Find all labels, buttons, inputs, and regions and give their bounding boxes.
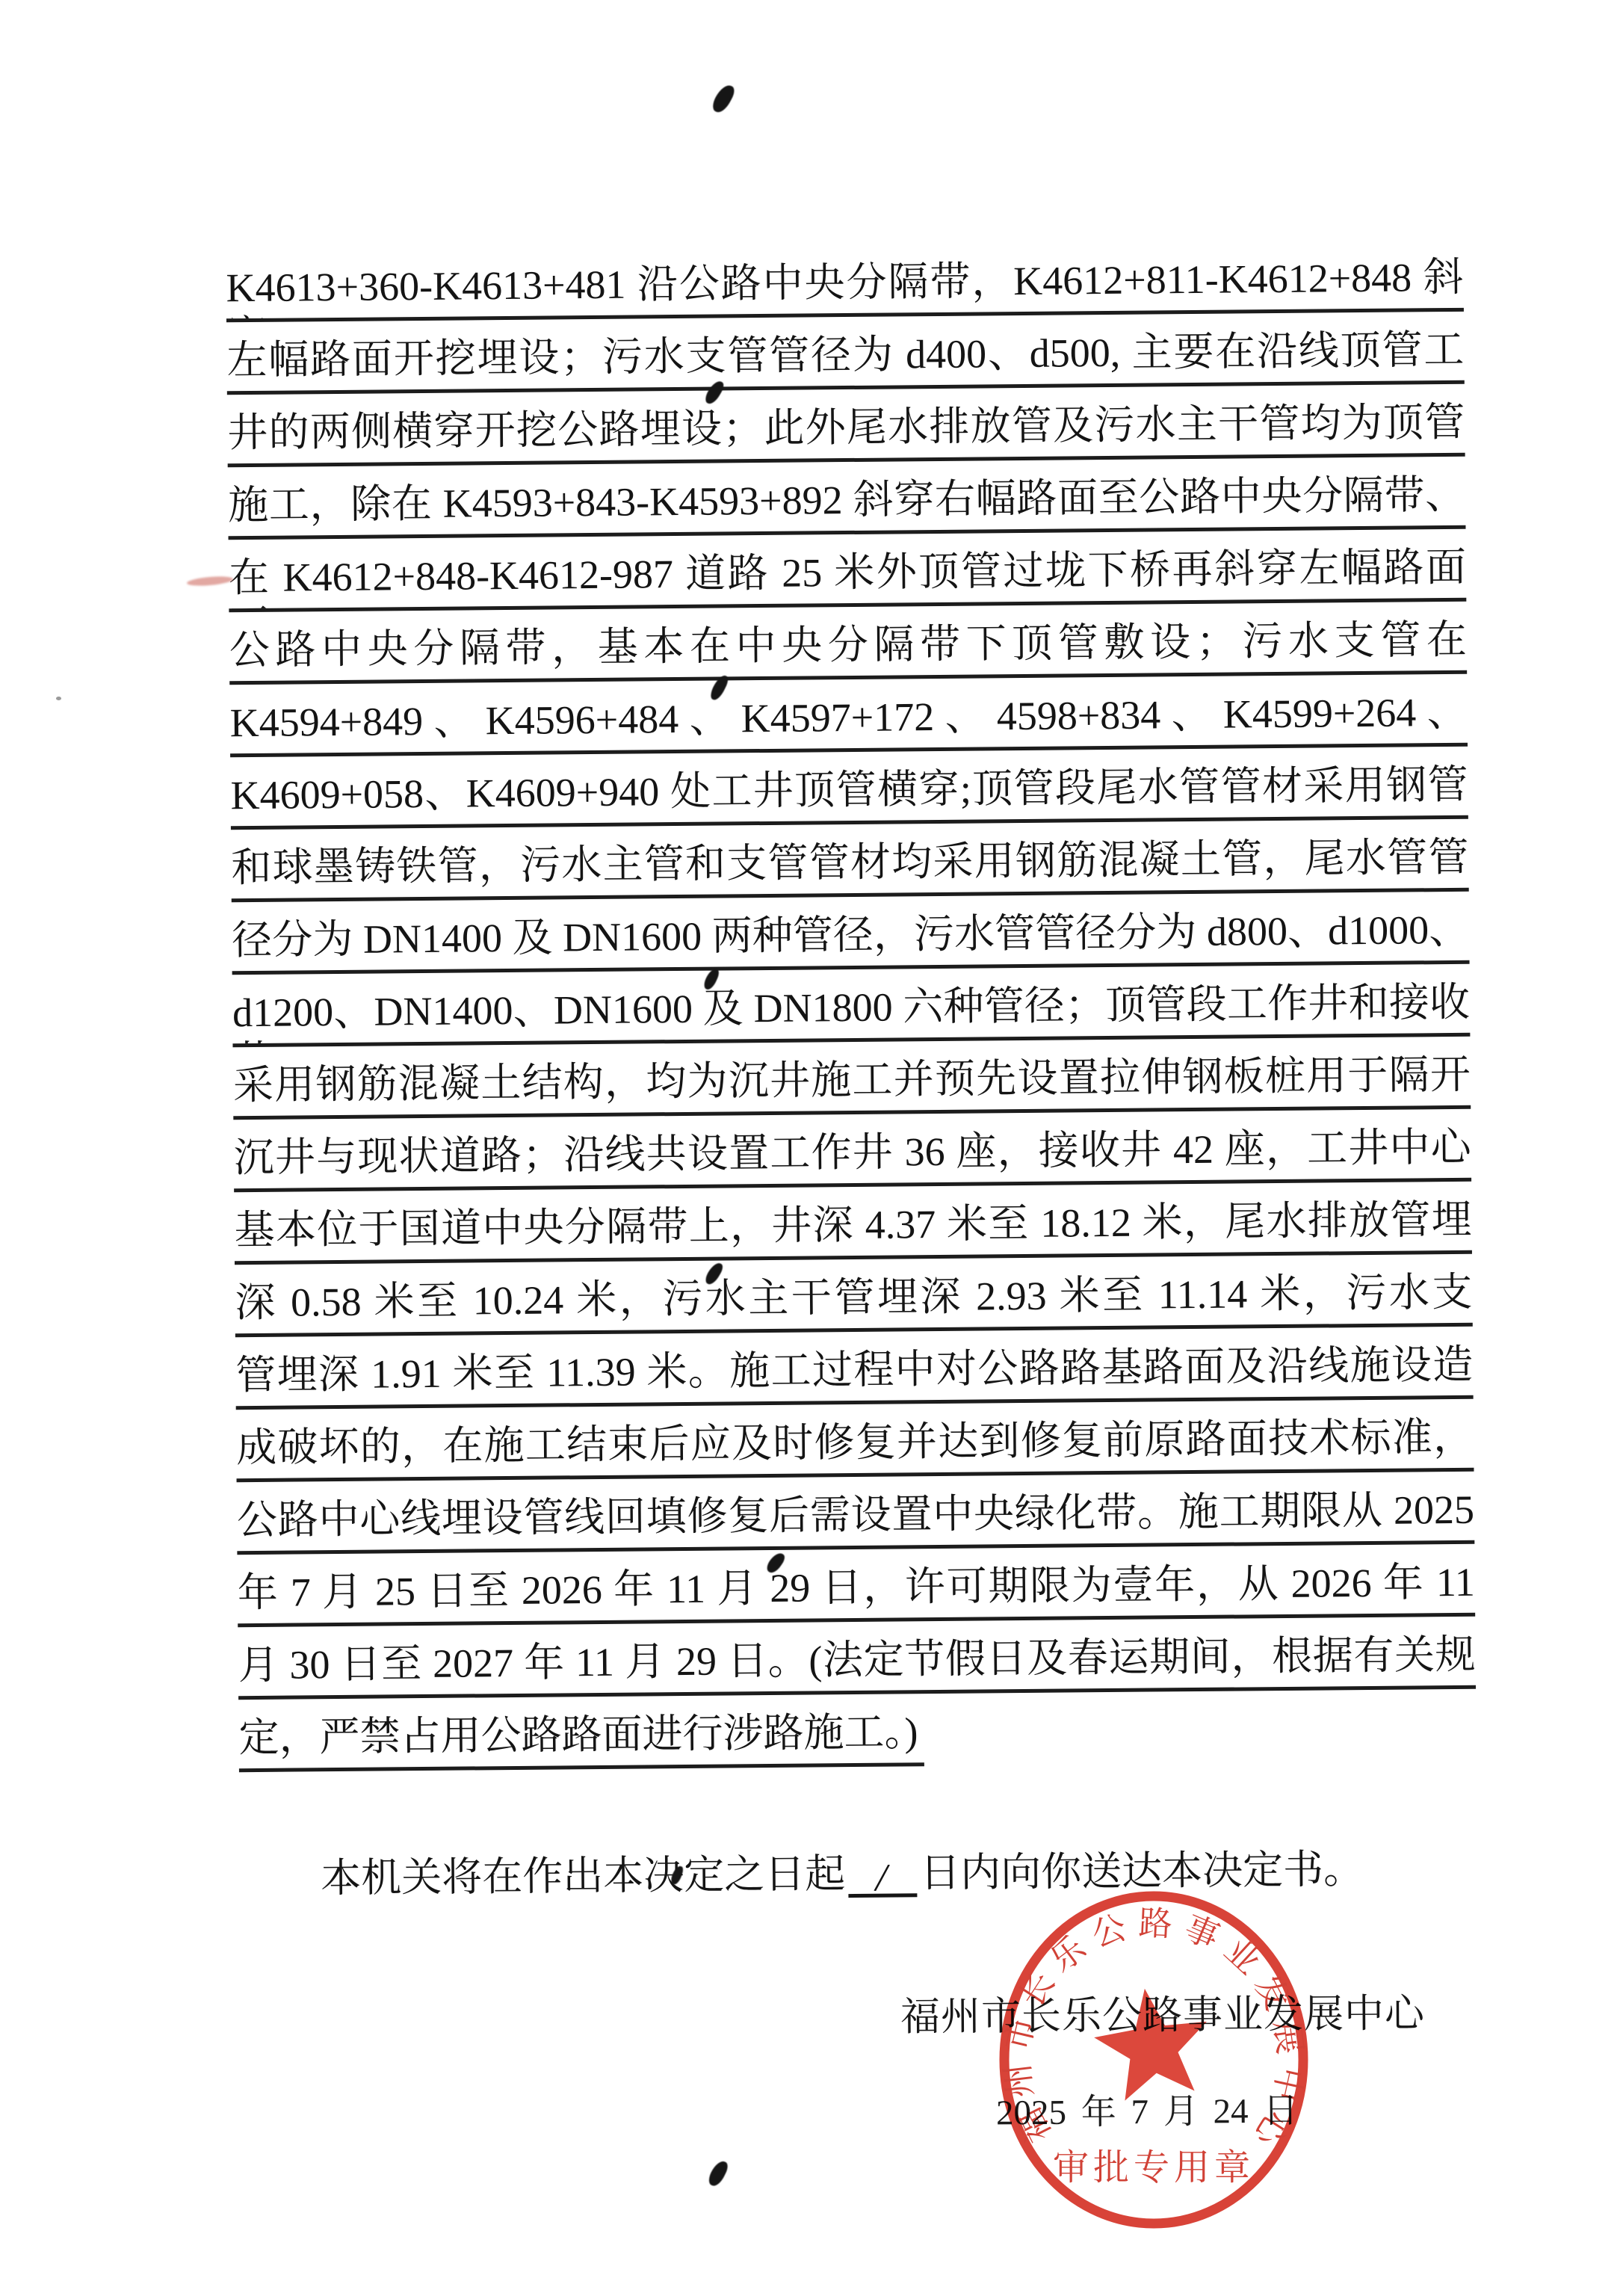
text-line: 在 K4612+848-K4612-987 道路 25 米外顶管过垅下桥再斜穿左… (229, 543, 1467, 612)
text-line: 径分为 DN1400 及 DN1600 两种管径，污水管管径分为 d800、d1… (232, 906, 1470, 975)
text-line: 深 0.58 米至 10.24 米，污水主干管埋深 2.93 米至 11.14 … (235, 1268, 1473, 1337)
text-line: 管埋深 1.91 米至 11.39 米。施工过程中对公路路基路面及沿线施设造 (235, 1341, 1474, 1410)
ink-artifact (706, 2158, 730, 2188)
slash-mark: / (873, 1856, 891, 1901)
blank-line (239, 1776, 1477, 1841)
text-line: 和球墨铸铁管，污水主管和支管管材均采用钢筋混凝土管，尾水管管 (231, 833, 1469, 902)
text-line: K4613+360-K4613+481 沿公路中央分隔带，K4612+811-K… (226, 253, 1464, 322)
official-seal: 福州市长乐公路事业发展中心 审批专用章 (995, 1886, 1312, 2233)
star-icon (1094, 1989, 1207, 2101)
text-line: 公路中心线埋设管线回填修复后需设置中央绿化带。施工期限从 2025 (237, 1486, 1475, 1555)
ink-artifact (710, 82, 737, 116)
gray-speck-artifact (56, 697, 61, 700)
closing-prefix: 本机关将在作出本决定之日起 (321, 1851, 845, 1901)
text-line: 沉井与现状道路；沿线共设置工作井 36 座，接收井 42 座，工井中心 (233, 1123, 1471, 1192)
fill-in-blank: / (848, 1850, 918, 1898)
text-line: 月 30 日至 2027 年 11 月 29 日。(法定节假日及春运期间，根据有… (238, 1631, 1476, 1700)
seal-label: 审批专用章 (1053, 2148, 1255, 2188)
red-smudge-artifact (187, 575, 234, 587)
document-page: K4613+360-K4613+481 沿公路中央分隔带，K4612+811-K… (0, 0, 1623, 2296)
text-line: d1200、DN1400、DN1600 及 DN1800 六种管径；顶管段工作井… (232, 978, 1471, 1047)
text-line-last: 定，严禁占用公路路面进行涉路施工。) (238, 1708, 924, 1772)
text-line: 成破坏的，在施工结束后应及时修复并达到修复前原路面技术标准， (236, 1413, 1474, 1482)
text-line: 井的两侧横穿开挖公路埋设；此外尾水排放管及污水主干管均为顶管 (227, 398, 1465, 467)
text-line: 基本位于国道中央分隔带上，井深 4.37 米至 18.12 米，尾水排放管埋 (234, 1196, 1472, 1265)
text-line: 公路中央分隔带，基本在中央分隔带下顶管敷设；污水支管在 (229, 616, 1468, 685)
text-line: 施工，除在 K4593+843-K4593+892 斜穿右幅路面至公路中央分隔带… (228, 471, 1466, 540)
text-line: K4594+849 、 K4596+484 、 K4597+172 、 4598… (229, 688, 1468, 757)
text-line: 年 7 月 25 日至 2026 年 11 月 29 日，许可期限为壹年，从 2… (238, 1558, 1476, 1627)
body-paragraph: K4613+360-K4613+481 沿公路中央分隔带，K4612+811-K… (226, 253, 1477, 1924)
text-line: K4609+058、K4609+940 处工井顶管横穿;顶管段尾水管管材采用钢管 (230, 761, 1468, 830)
text-line: 左幅路面开挖埋设；污水支管管径为 d400、d500, 主要在沿线顶管工 (226, 326, 1465, 395)
text-line: 采用钢筋混凝土结构，均为沉井施工并预先设置拉伸钢板桩用于隔开 (233, 1051, 1471, 1120)
